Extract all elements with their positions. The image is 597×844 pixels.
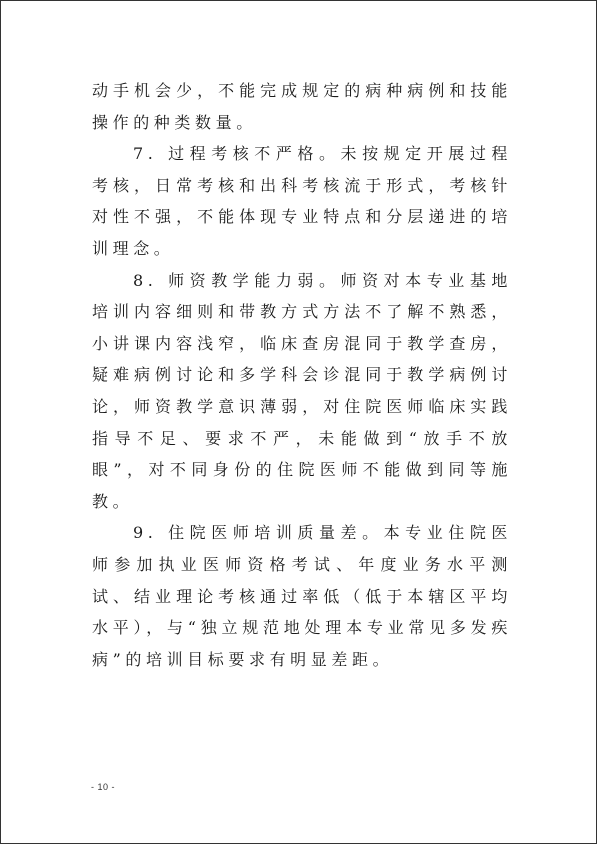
page-body: 动手机会少，不能完成规定的病种病例和技能操作的种类数量。 7. 过程考核不严格。…: [92, 75, 512, 675]
page-number: - 10 -: [91, 782, 115, 792]
paragraph-item-7: 7. 过程考核不严格。未按规定开展过程考核，日常考核和出科考核流于形式，考核针对…: [92, 138, 512, 264]
paragraph-item-9: 9. 住院医师培训质量差。本专业住院医师参加执业医师资格考试、年度业务水平测试、…: [92, 517, 512, 675]
paragraph-item-8: 8. 师资教学能力弱。师资对本专业基地培训内容细则和带教方式方法不了解不熟悉，小…: [92, 265, 512, 518]
document-page: 动手机会少，不能完成规定的病种病例和技能操作的种类数量。 7. 过程考核不严格。…: [0, 0, 597, 844]
paragraph-continuation: 动手机会少，不能完成规定的病种病例和技能操作的种类数量。: [92, 75, 512, 138]
